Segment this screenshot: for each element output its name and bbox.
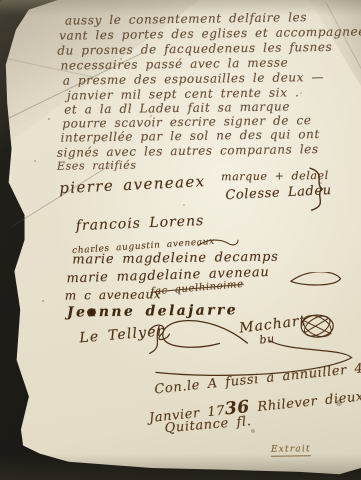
signature-francois-lorens: francois Lorens (75, 213, 204, 234)
underline-swirl-icon (196, 237, 240, 250)
manuscript-scan: aussy le consentement delfaire les vant … (0, 0, 361, 480)
body-line: signés avec les autres comparans les (57, 142, 319, 160)
ink-blot (87, 308, 96, 316)
bracket-flourish-icon (305, 166, 332, 212)
registration-date-suffix: Rhilever dieux so. (249, 386, 361, 415)
handwriting-layer: aussy le consentement delfaire les vant … (0, 0, 361, 480)
extrait-label: Extrait (271, 444, 311, 457)
signature-pierre-aveneaux: pierre aveneaex (59, 172, 206, 197)
loop-flourish-icon (288, 272, 344, 289)
body-line: du prosnes de facquedeneus les fusnes (57, 40, 332, 58)
body-line: Eses ratifiés (57, 159, 137, 173)
signature-mc-aveneaux: m c aveneaux (65, 287, 162, 302)
